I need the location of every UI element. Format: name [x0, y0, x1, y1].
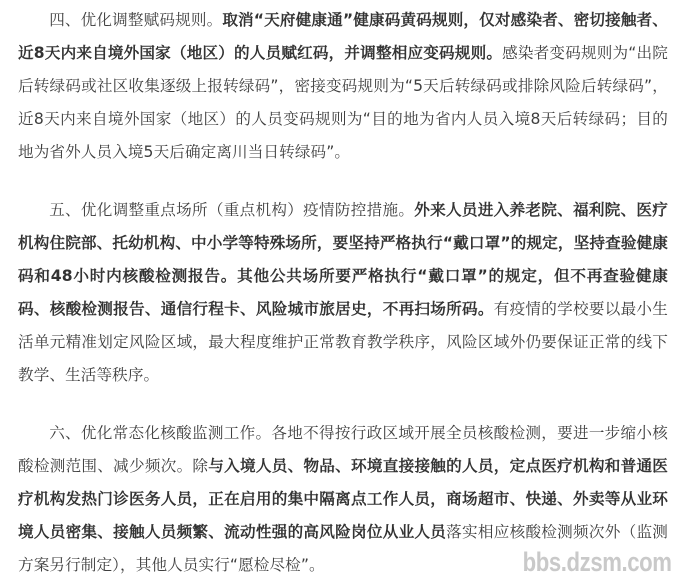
article-body: 四、优化调整赋码规则。取消“天府健康通”健康码黄码规则，仅对感染者、密切接触者、…: [18, 4, 668, 582]
site-watermark: bbs.dzsm.com: [523, 547, 672, 578]
paragraph-four-code-rules: 四、优化调整赋码规则。取消“天府健康通”健康码黄码规则，仅对感染者、密切接触者、…: [18, 4, 668, 169]
paragraph-five-key-venues: 五、优化调整重点场所（重点机构）疫情防控措施。外来人员进入养老院、福利院、医疗机…: [18, 194, 668, 392]
section-heading-four: 四、优化调整赋码规则。: [49, 11, 222, 29]
section-heading-five: 五、优化调整重点场所（重点机构）疫情防控措施。: [49, 201, 414, 219]
